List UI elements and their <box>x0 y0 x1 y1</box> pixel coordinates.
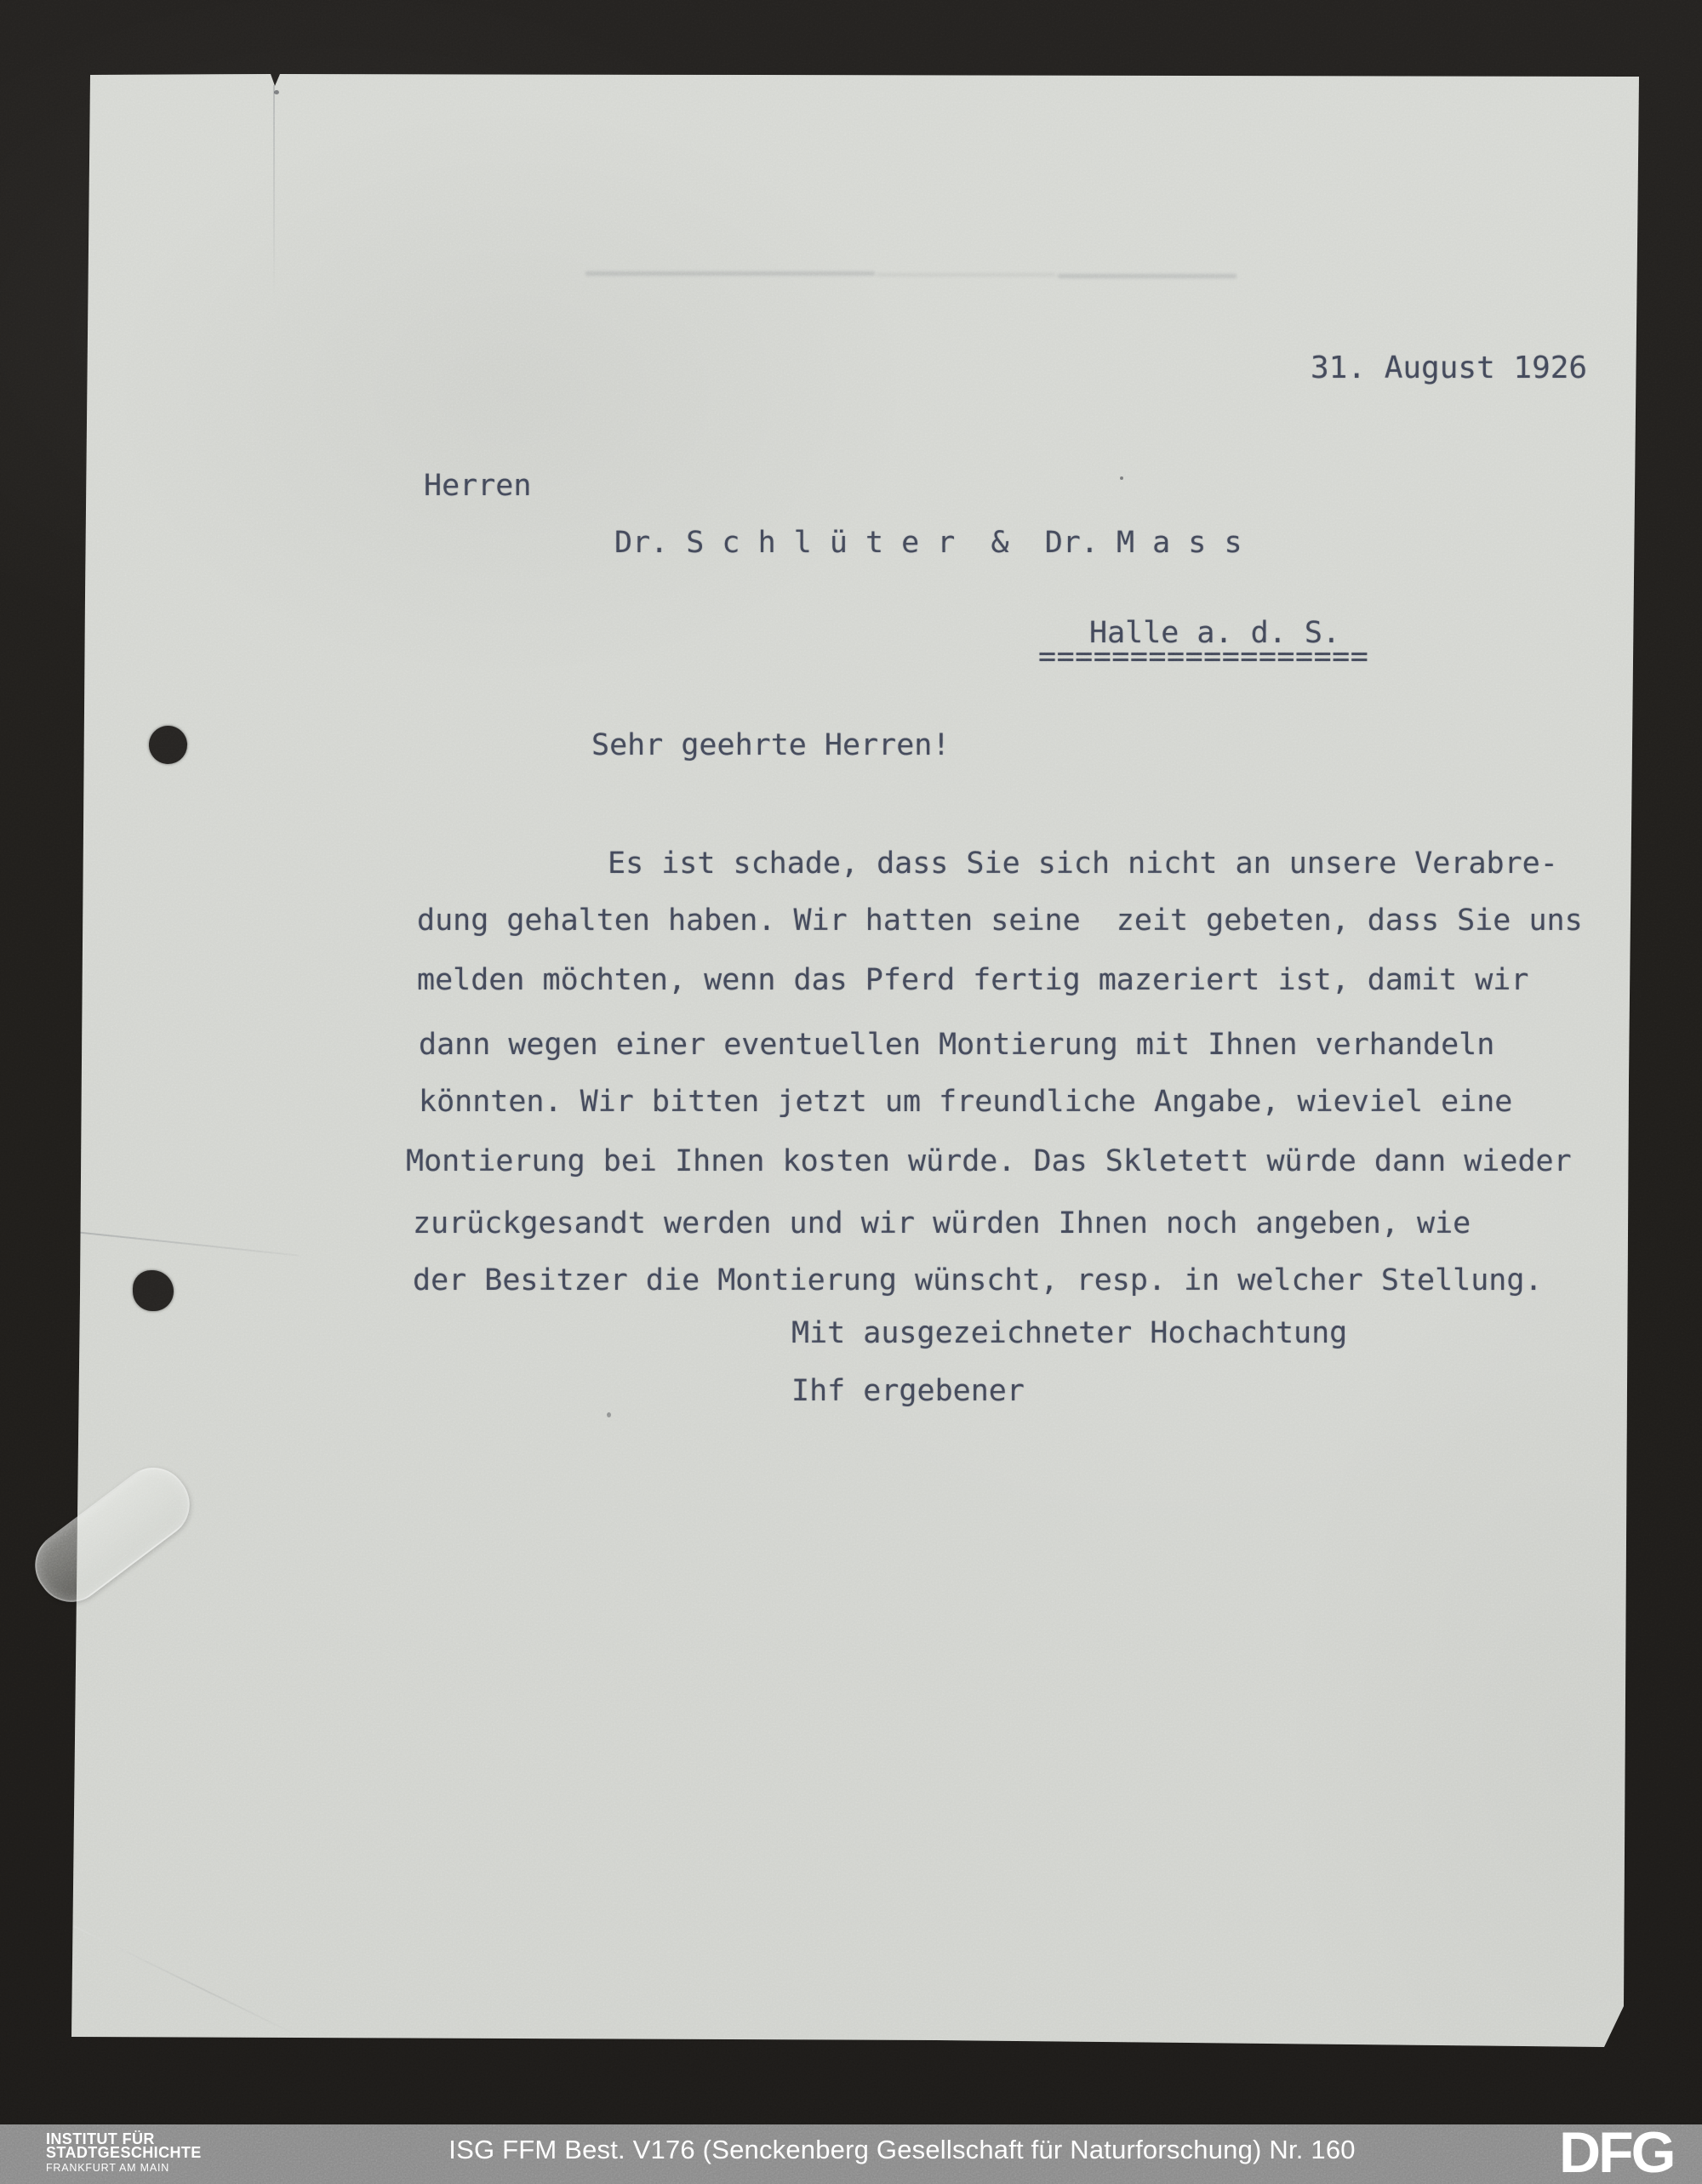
punch-hole <box>149 726 187 764</box>
recipient-intro: Herren <box>424 469 531 503</box>
body-line: könnten. Wir bitten jetzt um freundliche… <box>419 1085 1512 1119</box>
paper-speck <box>1120 476 1123 480</box>
salutation: Sehr geehrte Herren! <box>591 728 950 762</box>
recipient-names: Dr. S c h l ü t e r & Dr. M a s s <box>614 526 1242 560</box>
paper-speck <box>607 1412 611 1417</box>
paper-speck <box>274 90 279 94</box>
erased-text-smudge <box>585 271 875 276</box>
archive-footer-bar: INSTITUT FÜR STADTGESCHICHTE FRANKFURT A… <box>0 2124 1702 2184</box>
punch-hole <box>133 1270 174 1311</box>
erased-text-smudge <box>1058 274 1237 278</box>
archive-reference-caption: ISG FFM Best. V176 (Senckenberg Gesellsc… <box>102 2135 1702 2165</box>
body-line: zurückgesandt werden und wir würden Ihne… <box>413 1206 1471 1240</box>
closing-signoff: Ihf ergebener <box>791 1374 1025 1408</box>
erased-text-smudge <box>877 273 1055 277</box>
paper-crease <box>75 1231 300 1257</box>
paper-crease <box>51 1914 304 2039</box>
recipient-city-underline: ================== <box>1038 640 1368 674</box>
letter-date: 31. August 1926 <box>1311 351 1587 385</box>
letter-paper-sheet: 31. August 1926 Herren Dr. S c h l ü t e… <box>0 0 1702 2184</box>
dfg-logo: DFG <box>1559 2119 1674 2184</box>
body-line: der Besitzer die Montierung wünscht, res… <box>413 1263 1543 1297</box>
body-line: dung gehalten haben. Wir hatten seine ze… <box>417 904 1583 938</box>
body-line: melden möchten, wenn das Pferd fertig ma… <box>417 963 1528 997</box>
paper-crease <box>273 85 275 298</box>
scanned-letter-page: 31. August 1926 Herren Dr. S c h l ü t e… <box>0 0 1702 2184</box>
body-line: Es ist schade, dass Sie sich nicht an un… <box>608 847 1558 881</box>
closing-formula: Mit ausgezeichneter Hochachtung <box>791 1316 1347 1350</box>
body-line: dann wegen einer eventuellen Montierung … <box>419 1028 1494 1062</box>
body-line: Montierung bei Ihnen kosten würde. Das S… <box>406 1144 1572 1178</box>
